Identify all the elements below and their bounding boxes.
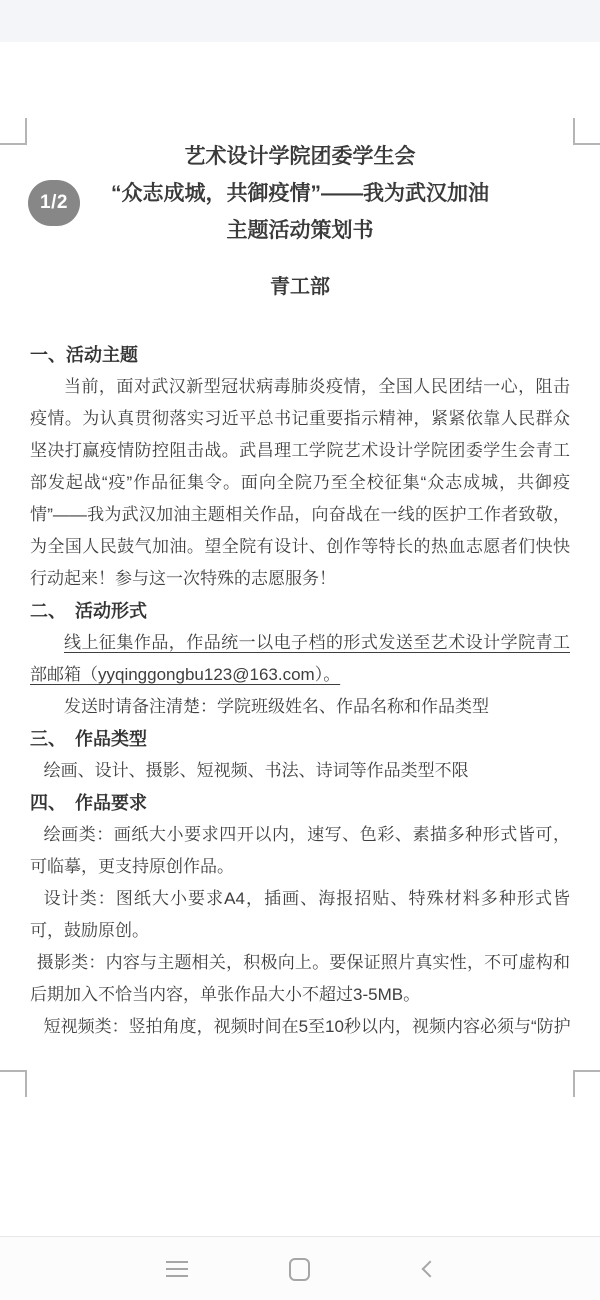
section-1-paragraph: 当前，面对武汉新型冠状病毒肺炎疫情，全国人民团结一心，阻击疫情。为认真贯彻落实习… [30,371,570,595]
back-icon [422,1261,439,1278]
section-2-note: 发送时请备注清楚：学院班级姓名、作品名称和作品类型 [30,691,570,723]
home-button[interactable] [269,1237,329,1300]
document-page[interactable]: 1/2 艺术设计学院团委学生会 “众志成城，共御疫情”——我为武汉加油 主题活动… [0,42,600,1236]
section-4-paragraph-video: 短视频类：竖拍角度，视频时间在5至10秒以内，视频内容必须与“防护疫 [30,1011,570,1043]
section-3-heading: 三、 作品类型 [30,723,570,755]
section-4-paragraph-design: 设计类：图纸大小要求A4，插画、海报招贴、特殊材料多种形式皆可，鼓励原创。 [30,883,570,947]
menu-button[interactable] [147,1237,207,1300]
doc-title-line-3: 主题活动策划书 [30,212,570,249]
section-2-heading: 二、 活动形式 [30,595,570,627]
doc-department: 青工部 [30,273,570,301]
section-1-heading: 一、活动主题 [30,339,570,371]
menu-icon [166,1261,188,1277]
corner-mark-bottom-right-icon [573,1070,600,1097]
status-bar-area [0,0,600,48]
section-4-paragraph-painting: 绘画类：画纸大小要求四开以内，速写、色彩、素描多种形式皆可，可临摹，更支持原创作… [30,819,570,883]
doc-title-line-2: “众志成城，共御疫情”——我为武汉加油 [30,175,570,212]
corner-mark-top-left-icon [0,118,27,145]
document-content: 艺术设计学院团委学生会 “众志成城，共御疫情”——我为武汉加油 主题活动策划书 … [30,138,570,1043]
email-link-text: 线上征集作品，作品统一以电子档的形式发送至艺术设计学院青工部邮箱（yyqingg… [30,627,570,691]
doc-body: 一、活动主题 当前，面对武汉新型冠状病毒肺炎疫情，全国人民团结一心，阻击疫情。为… [30,339,570,1043]
corner-mark-bottom-left-icon [0,1070,27,1097]
navigation-bar [0,1236,600,1300]
section-4-heading: 四、 作品要求 [30,787,570,819]
corner-mark-top-right-icon [573,118,600,145]
back-button[interactable] [397,1237,457,1300]
home-icon [289,1258,310,1281]
doc-title-line-1: 艺术设计学院团委学生会 [30,138,570,175]
section-3-paragraph: 绘画、设计、摄影、短视频、书法、诗词等作品类型不限 [30,755,570,787]
section-4-paragraph-photography: 摄影类：内容与主题相关，积极向上。要保证照片真实性，不可虚构和后期加入不恰当内容… [30,947,570,1011]
